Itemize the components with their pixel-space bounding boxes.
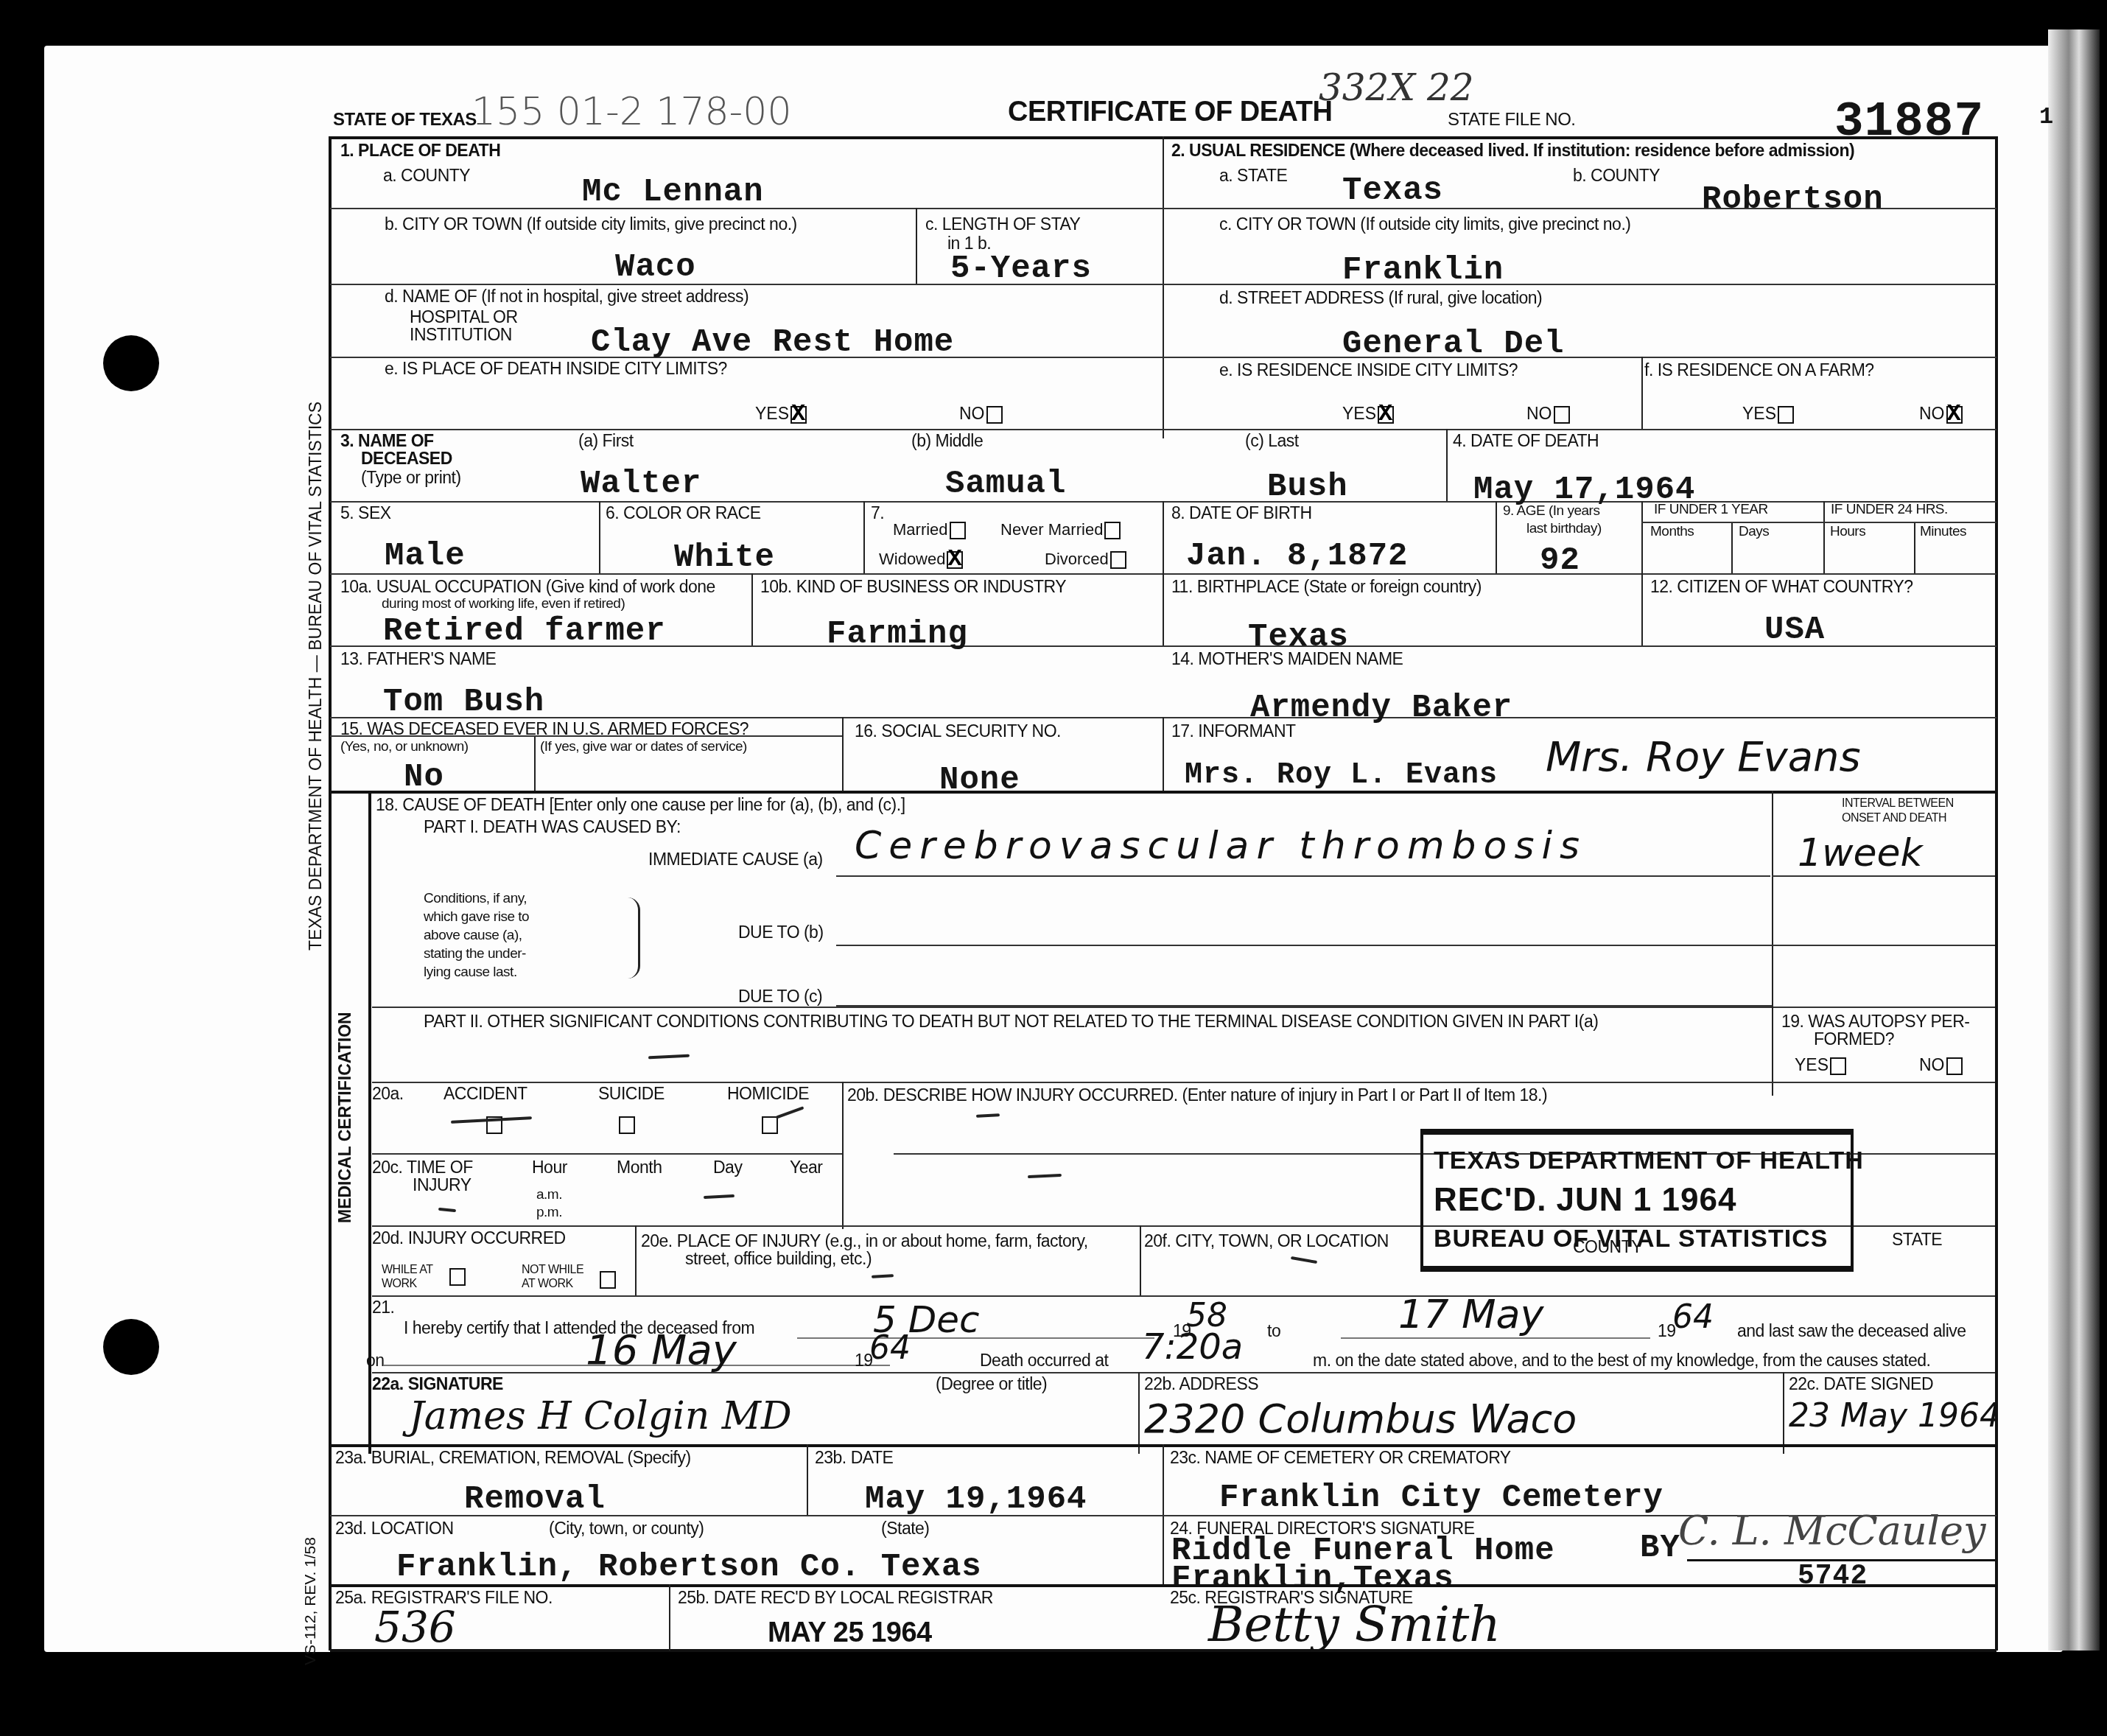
checkbox-unchecked[interactable] [1554,406,1570,424]
stamp-line-3: BUREAU OF VITAL STATISTICS [1434,1225,1828,1253]
divider [1783,1372,1784,1454]
farm-no[interactable]: NO [1919,404,1963,424]
res-street-value: General Del [1342,326,1564,363]
divider [372,1082,1995,1083]
citizen-value: USA [1764,612,1825,648]
institution-value: Clay Ave Rest Home [591,324,954,361]
father-value: Tom Bush [383,684,544,721]
disposition-method-value: Removal [464,1481,606,1518]
immediate-cause-value: Cerebrovascular thrombosis [855,824,1587,868]
certify-text-2: and last saw the deceased alive [1737,1322,1966,1340]
divider [330,357,1996,358]
under-year-label: IF UNDER 1 YEAR [1654,503,1768,518]
race-value: White [674,539,775,576]
department-margin-text: TEXAS DEPARTMENT OF HEALTH — BUREAU OF V… [306,402,326,951]
physician-address: 2320 Columbus Waco [1144,1396,1577,1442]
middle-name-label: (b) Middle [911,432,983,450]
divider [1446,429,1448,501]
physician-signature: James H Colgin MD [409,1394,792,1438]
disposition-date-value: May 19,1964 [865,1481,1087,1518]
interval-value: 1week [1798,831,1923,875]
divider [1641,522,1996,523]
divider [1496,501,1497,573]
under-day-label: IF UNDER 24 HRS. [1831,503,1948,518]
days-label: Days [1739,525,1769,540]
business-label: 10b. KIND OF BUSINESS OR INDUSTRY [760,578,1066,596]
divider [1641,357,1643,429]
death-city-value: Waco [615,249,696,286]
conditions-note-2: which gave rise to [424,910,529,925]
last-seen-date: 16 May [586,1326,737,1374]
injury-e-label: 20e. PLACE OF INJURY (e.g., in or about … [641,1232,1088,1250]
attended-to-year: 64 [1672,1298,1714,1336]
cemetery-label: 23c. NAME OF CEMETERY OR CREMATORY [1170,1449,1511,1467]
divider [372,1153,842,1155]
injury-b-label: 20b. DESCRIBE HOW INJURY OCCURRED. (Ente… [847,1086,1547,1105]
minutes-label: Minutes [1920,525,1966,540]
certify-text-3: m. on the date stated above, and to the … [1313,1351,1930,1370]
injury-c-label-2: INJURY [413,1176,471,1194]
disposition-method-label: 23a. BURIAL, CREMATION, REMOVAL (Specify… [335,1449,691,1467]
punch-hole-top [103,335,159,391]
res-state-label: a. STATE [1219,167,1287,185]
checkbox-unchecked[interactable] [1830,1057,1846,1075]
first-name-label: (a) First [578,432,634,450]
injury-c-label: 20c. TIME OF [372,1158,473,1177]
injury-d-label: 20d. INJURY OCCURRED [372,1229,566,1247]
mother-label: 14. MOTHER'S MAIDEN NAME [1171,650,1403,668]
divider [330,284,1996,285]
divider [330,1584,1996,1587]
place-of-death-label: 1. PLACE OF DEATH [340,141,500,160]
checkbox-unchecked[interactable] [986,406,1003,424]
part2-label: PART II. OTHER SIGNIFICANT CONDITIONS CO… [424,1012,1598,1031]
res-state-value: Texas [1342,172,1443,209]
checkbox-checked[interactable] [1946,406,1963,424]
interval-label: INTERVAL BETWEEN [1842,797,1954,811]
death-time: 7:20a [1142,1326,1243,1368]
not-while-label: NOT WHILE [522,1264,583,1277]
res-county-value: Robertson [1702,181,1884,218]
injury-f-label: 20f. CITY, TOWN, OR LOCATION [1144,1232,1389,1250]
citizen-label: 12. CITIZEN OF WHAT COUNTRY? [1650,578,1913,596]
divider [1772,1007,1773,1088]
armed-forces-label: 15. WAS DECEASED EVER IN U.S. ARMED FORC… [340,720,749,738]
address-label: 22b. ADDRESS [1144,1375,1258,1393]
divider [1731,523,1733,573]
armed-sub-label-2: (If yes, give war or dates of service) [540,740,747,755]
checkbox-unchecked[interactable] [600,1271,616,1289]
armed-forces-value: No [404,759,444,796]
signature-label: 22a. SIGNATURE [372,1375,503,1393]
occupation-label: 10a. USUAL OCCUPATION (Give kind of work… [340,578,715,596]
hour-label: Hour [532,1158,567,1177]
handwritten-code-1: 155 01-2 178-00 [471,90,792,134]
received-stamp: TEXAS DEPARTMENT OF HEALTH REC'D. JUN 1 … [1420,1129,1854,1272]
injury-state-label: STATE [1892,1231,1942,1249]
checkbox-unchecked[interactable] [449,1268,466,1286]
year-label: Year [790,1158,822,1177]
father-label: 13. FATHER'S NAME [340,650,496,668]
last-name-label: (c) Last [1245,432,1299,450]
age-label: 9. AGE (In years [1503,504,1599,519]
divider [330,791,1996,794]
checkbox-unchecked[interactable] [619,1116,635,1134]
marital-label: 7. [871,504,884,522]
marital-never-married[interactable]: Never Married [1000,520,1121,539]
checkbox-checked[interactable] [790,406,807,424]
name-label-2: DECEASED [361,449,452,468]
informant-label: 17. INFORMANT [1171,722,1296,741]
divider [330,429,1996,430]
checkbox-unchecked[interactable] [950,522,966,539]
state-file-no: 31887 [1834,94,1984,150]
institution-label-3: INSTITUTION [410,326,512,344]
pm-label: p.m. [536,1205,562,1221]
divider [1163,501,1164,645]
location-value: Franklin, Robertson Co. Texas [396,1549,982,1586]
while-at-work-label: WHILE AT [382,1264,433,1277]
state-file-label: STATE FILE NO. [1448,111,1575,130]
divider [1163,717,1164,791]
divider [1138,1372,1140,1454]
on-label: on [366,1351,385,1370]
divider [916,208,917,284]
cemetery-value: Franklin City Cemetery [1219,1480,1663,1516]
occupation-label-2: during most of working life, even if ret… [382,597,625,612]
divider [807,1444,808,1515]
homicide-label: HOMICIDE [727,1085,809,1103]
suicide-checkbox[interactable] [617,1114,635,1134]
checkbox-unchecked[interactable] [1104,522,1121,539]
not-while-at-work-checkbox[interactable] [598,1269,616,1289]
res-inside-limits-no[interactable]: NO [1526,404,1570,424]
divider [1163,136,1164,438]
not-while-label-2: AT WORK [522,1278,573,1291]
county-label: a. COUNTY [383,167,470,185]
age-value: 92 [1540,542,1580,579]
registrar-date-label: 25b. DATE REC'D BY LOCAL REGISTRAR [678,1589,993,1607]
institution-label-2: HOSPITAL OR [410,308,518,326]
conditions-note-5: lying cause last. [424,965,517,981]
divider [635,1225,637,1295]
frame-bottom [330,1649,1996,1652]
accident-label: ACCIDENT [444,1085,527,1103]
date-signed-value: 23 May 1964 [1789,1397,2000,1435]
registrar-date-value: MAY 25 1964 [768,1618,932,1649]
punch-hole-bottom [103,1319,159,1375]
registrar-file-value: 536 [374,1602,456,1652]
while-at-work-label-2: WORK [382,1278,417,1291]
divider [836,945,1995,946]
margin-mark: 1 [2039,103,2054,130]
degree-label: (Degree or title) [936,1375,1047,1393]
conditions-note-1: Conditions, if any, [424,892,527,907]
cause-label: 18. CAUSE OF DEATH [Enter only one cause… [376,796,905,814]
sex-label: 5. SEX [340,504,391,522]
due-to-b-label: DUE TO (b) [738,923,824,942]
res-inside-limits-yes[interactable]: YES [1342,404,1394,424]
blank-line [1341,1337,1650,1339]
form-number: VS-112, REV. 1/58 [302,1537,320,1665]
first-name-value: Walter [581,466,701,503]
conditions-note-4: stating the under- [424,947,526,962]
autopsy-label-2: FORMED? [1814,1030,1894,1049]
autopsy-no[interactable]: NO [1919,1055,1963,1075]
dob-value: Jan. 8,1872 [1186,538,1408,575]
checkbox-unchecked[interactable] [1778,406,1794,424]
checkbox-checked[interactable] [1378,406,1394,424]
death-inside-limits-no[interactable]: NO [959,404,1003,424]
frame-left [329,136,332,1651]
divider [372,1372,1995,1373]
marital-widowed[interactable]: Widowed [879,550,963,569]
funeral-director-signature: C. L. McCauley [1678,1508,1985,1554]
marital-divorced[interactable]: Divorced [1045,550,1126,569]
stamp-line-2: REC'D. JUN 1 1964 [1434,1182,1736,1219]
birthplace-label: 11. BIRTHPLACE (State or foreign country… [1171,578,1482,596]
page-edge [2048,29,2100,1651]
checkbox-unchecked[interactable] [1946,1057,1963,1075]
accident-checkbox[interactable] [485,1114,502,1134]
name-label: 3. NAME OF [340,432,434,450]
stay-label: c. LENGTH OF STAY [925,215,1080,234]
ssn-label: 16. SOCIAL SECURITY NO. [855,722,1061,741]
part1-label: PART I. DEATH WAS CAUSED BY: [424,818,681,836]
divider [372,1007,1995,1008]
divider [534,737,536,791]
date-signed-label: 22c. DATE SIGNED [1789,1375,1933,1393]
attended-to-date: 17 May [1398,1291,1544,1337]
death-county-value: Mc Lennan [582,174,764,211]
due-to-c-label: DUE TO (c) [738,987,822,1006]
date-of-death-label: 4. DATE OF DEATH [1453,432,1599,450]
armed-sub-label-1: (Yes, no, or unknown) [340,740,469,755]
race-label: 6. COLOR OR RACE [606,504,761,522]
checkbox-unchecked[interactable] [1110,551,1126,569]
death-inside-limits-yes[interactable]: YES [755,404,807,424]
autopsy-label: 19. WAS AUTOPSY PER- [1781,1012,1969,1031]
length-of-stay-value: 5-Years [950,251,1092,287]
res-city-value: Franklin [1342,252,1504,289]
suicide-label: SUICIDE [598,1085,665,1103]
to-label: to [1267,1322,1280,1340]
divider [863,501,865,573]
institution-label: d. NAME OF (If not in hospital, give str… [385,287,749,306]
age-label-2: last birthday) [1526,522,1602,537]
divider [669,1584,670,1651]
location-state-label: (State) [881,1519,930,1538]
divider [1140,1225,1141,1295]
day-label: Day [713,1158,742,1177]
immediate-cause-label: IMMEDIATE CAUSE (a) [648,850,823,869]
am-label: a.m. [536,1188,562,1203]
divider [836,875,1770,877]
state-label: STATE OF TEXAS [333,111,477,130]
bracket [628,897,640,979]
certify-num: 21. [372,1298,394,1317]
by-label: BY [1640,1530,1680,1567]
inside-limits-label: e. IS PLACE OF DEATH INSIDE CITY LIMITS? [385,360,727,378]
divider [842,717,844,791]
middle-name-value: Samual [945,466,1066,503]
checkbox-checked[interactable] [947,551,963,569]
res-county-label: b. COUNTY [1573,167,1660,185]
marital-married[interactable]: Married [893,520,966,539]
sex-value: Male [385,538,466,575]
res-street-label: d. STREET ADDRESS (If rural, give locati… [1219,289,1542,307]
medical-certification-label: MEDICAL CERTIFICATION [335,1012,355,1223]
name-label-3: (Type or print) [361,469,461,487]
divider [1823,501,1825,573]
last-name-value: Bush [1267,469,1348,505]
divider [372,1295,1995,1297]
city-label: b. CITY OR TOWN (If outside city limits,… [385,215,797,234]
hours-label: Hours [1830,525,1865,540]
last-seen-year: 64 [869,1329,911,1367]
injury-a-label: 20a. [372,1085,404,1103]
interval-label-2: ONSET AND DEATH [1842,812,1946,825]
death-at-label: Death occurred at [980,1351,1108,1370]
occupation-value: Retired farmer [383,613,666,650]
business-value: Farming [827,616,968,653]
ssn-value: None [939,762,1020,799]
res-inside-limits-label: e. IS RESIDENCE INSIDE CITY LIMITS? [1219,361,1518,379]
res-city-label: c. CITY OR TOWN (If outside city limits,… [1219,215,1630,234]
handwritten-code-2: 332X 22 [1319,66,1474,109]
location-label: 23d. LOCATION [335,1519,454,1538]
divider [599,501,600,573]
divider [842,1082,844,1229]
months-label: Months [1650,525,1694,540]
divider [1163,1444,1164,1584]
disposition-date-label: 23b. DATE [815,1449,893,1467]
divider [1914,523,1915,573]
checkbox-unchecked[interactable] [762,1116,778,1134]
divider [751,573,753,645]
stamp-line-1: TEXAS DEPARTMENT OF HEALTH [1434,1147,1864,1175]
informant-signature: Mrs. Roy Evans [1546,733,1861,781]
while-at-work-checkbox[interactable] [448,1266,466,1286]
farm-label: f. IS RESIDENCE ON A FARM? [1644,361,1874,379]
registrar-signature: Betty Smith [1208,1596,1501,1653]
informant-value: Mrs. Roy L. Evans [1185,759,1498,792]
dob-label: 8. DATE OF BIRTH [1171,504,1312,522]
autopsy-yes[interactable]: YES [1795,1055,1846,1075]
conditions-note-3: above cause (a), [424,928,522,944]
funeral-director-number: 5742 [1798,1561,1868,1592]
location-sub-label: (City, town, or county) [549,1519,704,1538]
injury-e-label-2: street, office building, etc.) [685,1250,872,1268]
usual-residence-label: 2. USUAL RESIDENCE (Where deceased lived… [1171,141,1854,160]
divider [1772,875,1995,877]
page-title: CERTIFICATE OF DEATH [1008,97,1332,128]
month-label: Month [617,1158,662,1177]
farm-yes[interactable]: YES [1742,404,1794,424]
